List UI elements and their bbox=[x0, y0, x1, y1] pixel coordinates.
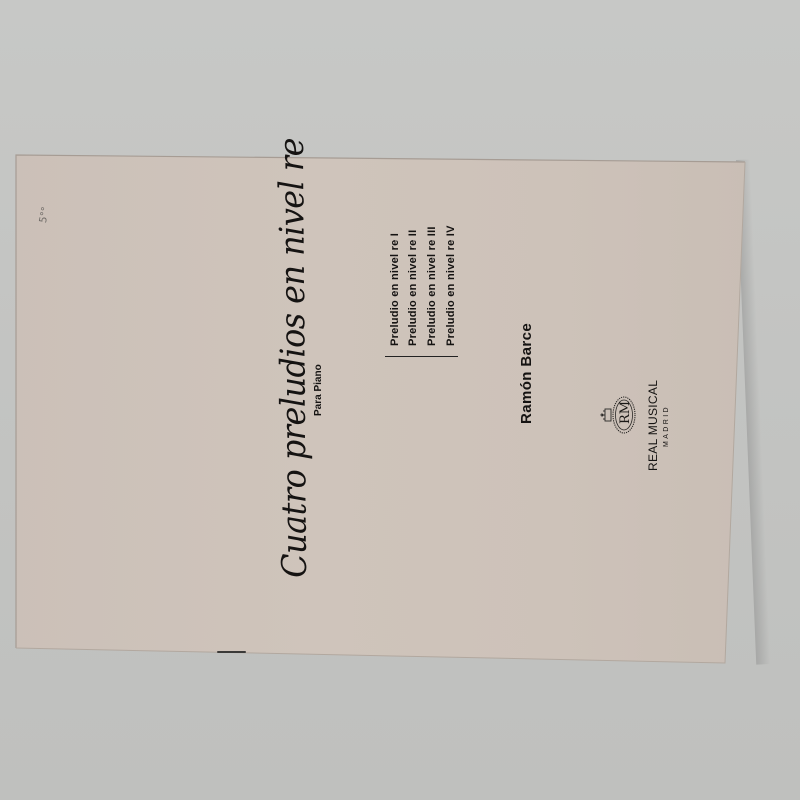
contents-item: Preludio en nivel re III bbox=[426, 226, 438, 346]
publisher-city: MADRID bbox=[663, 405, 670, 447]
contents-item: Preludio en nivel re I bbox=[389, 233, 401, 346]
publisher-name: REAL MUSICAL bbox=[646, 380, 660, 471]
contents-list: Preludio en nivel re I Preludio en nivel… bbox=[385, 210, 465, 360]
contents-rule bbox=[385, 356, 458, 357]
rm-crown-oval-logo-icon: RM bbox=[600, 394, 640, 438]
cover-subtitle: Para Piano bbox=[313, 364, 324, 416]
contents-item: Preludio en nivel re II bbox=[407, 230, 419, 346]
sheet-music-cover bbox=[0, 0, 800, 800]
paper-tear-mark bbox=[217, 651, 246, 653]
contents-item: Preludio en nivel re IV bbox=[445, 225, 457, 346]
logo-text: RM bbox=[618, 401, 633, 424]
cover-title: Cuatro preludios en nivel re bbox=[272, 138, 315, 578]
composer-name: Ramón Barce bbox=[518, 323, 535, 424]
